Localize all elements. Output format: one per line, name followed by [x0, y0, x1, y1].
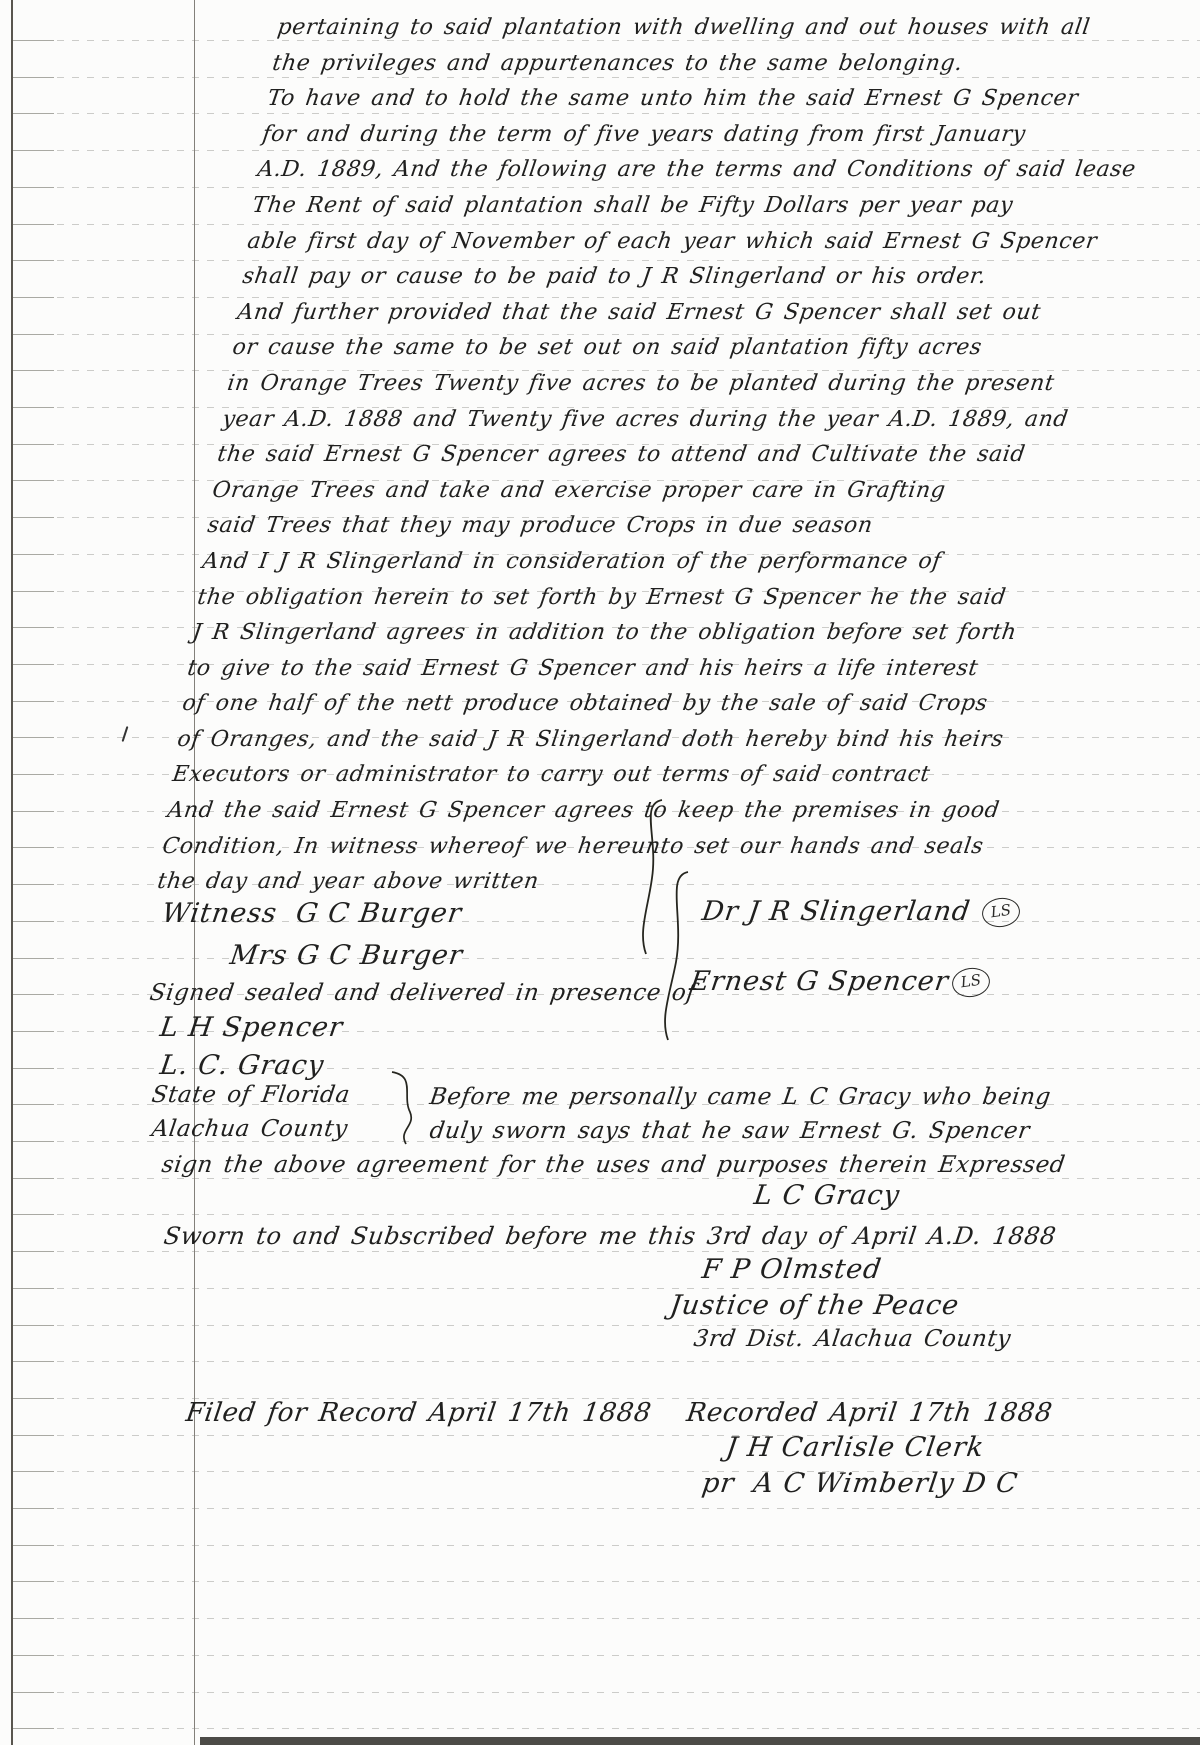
document-line: And I J R Slingerland in consideration o… — [200, 544, 1135, 580]
document-line: A.D. 1889, And the following are the ter… — [255, 152, 1190, 188]
ruled-line — [12, 1251, 1200, 1252]
document-line: the privileges and appurtenances to the … — [270, 46, 1200, 82]
document-line: To have and to hold the same unto him th… — [265, 81, 1200, 117]
ruled-line — [12, 1655, 1200, 1656]
document-line: shall pay or cause to be paid to J R Sli… — [240, 259, 1175, 295]
signature-spencer: Ernest G Spencer — [688, 966, 951, 997]
notary-ack-line-2: duly sworn says that he saw Ernest G. Sp… — [428, 1118, 1032, 1144]
ruled-line — [12, 958, 1200, 959]
document-line: said Trees that they may produce Crops i… — [205, 508, 1140, 544]
ruled-line — [12, 1581, 1200, 1582]
clerk-signature: J H Carlisle Clerk — [724, 1432, 986, 1463]
brace-mark — [386, 1068, 426, 1148]
sworn-line: Sworn to and Subscribed before me this 3… — [162, 1222, 1058, 1250]
document-line: the day and year above written — [155, 864, 1090, 900]
document-line: to give to the said Ernest G Spencer and… — [185, 651, 1120, 687]
ruled-line — [12, 1325, 1200, 1326]
document-line: Orange Trees and take and exercise prope… — [210, 473, 1145, 509]
document-line: J R Slingerland agrees in addition to th… — [190, 615, 1125, 651]
body-text: pertaining to said plantation with dwell… — [155, 10, 1200, 900]
notary-ack-line-3: sign the above agreement for the uses an… — [160, 1152, 1067, 1178]
witness-signature-3: L H Spencer — [158, 1012, 345, 1043]
scan-bottom-edge — [200, 1737, 1200, 1745]
document-line: And further provided that the said Ernes… — [235, 295, 1170, 331]
signature-slingerland: Dr J R Slingerland — [700, 896, 973, 927]
witness-signature-1: Witness G C Burger — [160, 898, 464, 929]
ruled-line — [12, 1545, 1200, 1546]
binding-edge-line — [11, 0, 13, 1745]
seal-ls: LS — [980, 895, 1022, 929]
ruled-line — [12, 1692, 1200, 1693]
document-line: in Orange Trees Twenty five acres to be … — [225, 366, 1160, 402]
document-line: for and during the term of five years da… — [260, 117, 1195, 153]
ruled-line — [12, 1288, 1200, 1289]
ruled-line — [12, 1728, 1200, 1729]
document-line: the obligation herein to set forth by Er… — [195, 580, 1130, 616]
document-line: the said Ernest G Spencer agrees to atte… — [215, 437, 1150, 473]
ruled-line — [12, 1214, 1200, 1215]
deputy-clerk-signature: pr A C Wimberly D C — [700, 1468, 1020, 1499]
document-line: or cause the same to be set out on said … — [230, 330, 1165, 366]
document-line: able first day of November of each year … — [245, 224, 1180, 260]
ruled-line — [12, 1471, 1200, 1472]
filed-line: Filed for Record April 17th 1888 Recorde… — [184, 1398, 1054, 1428]
document-line: pertaining to said plantation with dwell… — [275, 10, 1200, 46]
ruled-line — [12, 1361, 1200, 1362]
document-line: year A.D. 1888 and Twenty five acres dur… — [220, 402, 1155, 438]
brace-mark — [652, 866, 696, 1044]
scanned-document-page: pertaining to said plantation with dwell… — [0, 0, 1200, 1745]
document-line: of Oranges, and the said J R Slingerland… — [175, 722, 1110, 758]
document-line: The Rent of said plantation shall be Fif… — [250, 188, 1185, 224]
ruled-line — [12, 1618, 1200, 1619]
document-line: Executors or administrator to carry out … — [170, 757, 1105, 793]
ink-mark — [122, 726, 129, 742]
document-line: of one half of the nett produce obtained… — [180, 686, 1115, 722]
officer-title: Justice of the Peace — [668, 1290, 961, 1321]
notary-ack-signature: L C Gracy — [752, 1180, 902, 1211]
ruled-line — [12, 1508, 1200, 1509]
presence-line: Signed sealed and delivered in presence … — [148, 980, 697, 1006]
notary-ack-line-1: Before me personally came L C Gracy who … — [428, 1084, 1053, 1110]
witness-signature-4: L. C. Gracy — [158, 1050, 326, 1081]
officer-signature: F P Olmsted — [700, 1254, 884, 1285]
notary-state-line: State of Florida — [150, 1082, 352, 1108]
notary-county-line: Alachua County — [150, 1116, 350, 1142]
ruled-line — [12, 1435, 1200, 1436]
witness-signature-2: Mrs G C Burger — [228, 940, 465, 971]
officer-district: 3rd Dist. Alachua County — [692, 1326, 1013, 1352]
